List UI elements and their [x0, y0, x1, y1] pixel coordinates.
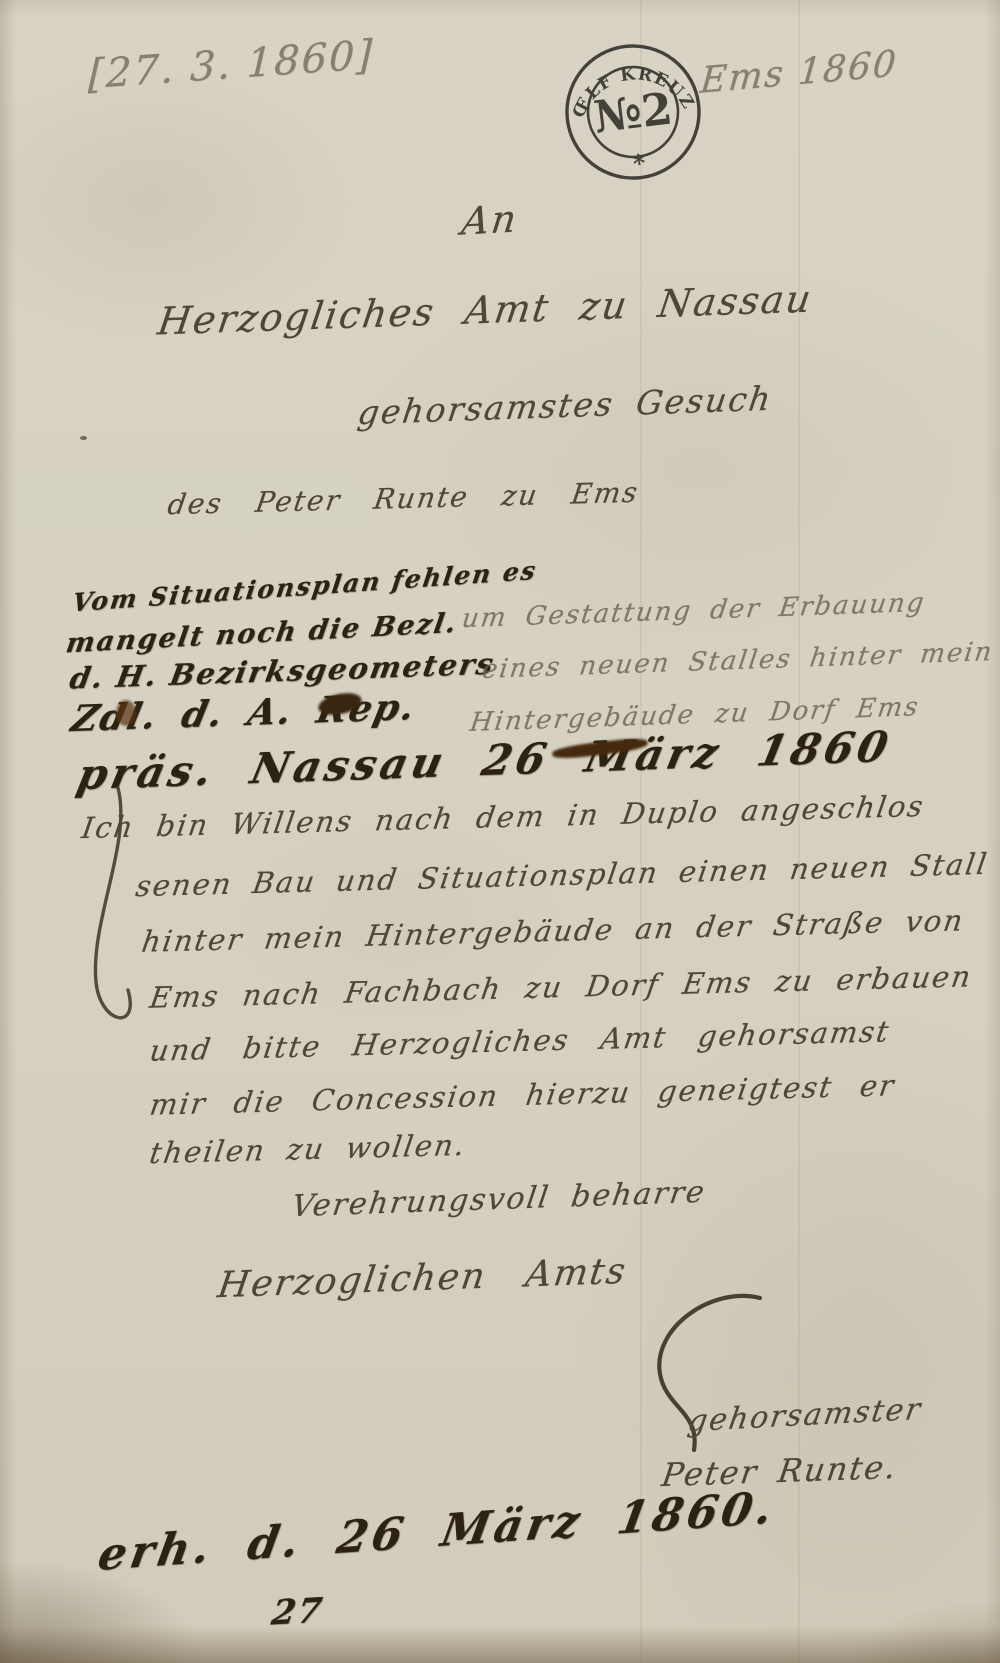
subject-line: um Gestattung der Erbauung — [460, 588, 928, 634]
closing-line: Verehrungsvoll beharre — [290, 1175, 709, 1225]
body-line: senen Bau und Situationsplan einen neuen… — [134, 847, 991, 903]
pencil-mark — [80, 436, 87, 440]
body-line: hinter mein Hintergebäude an der Straße … — [140, 903, 967, 959]
body-line: theilen zu wollen. — [148, 1128, 469, 1170]
body-line: Ich bin Willens nach dem in Duplo angesc… — [80, 789, 927, 845]
receipt-correction: 27 — [269, 1590, 327, 1633]
receipt-note-line: erh. d. 26 März 1860. — [94, 1482, 780, 1581]
twelve-kreuzer-stamp: ZWŒLF KREUZER №2 * — [548, 27, 717, 196]
closing-addressee-line: Herzoglichen Amts — [215, 1251, 630, 1307]
pencil-registry-annotation: Ems 1860 — [699, 43, 900, 102]
addressee-line: Herzogliches Amt zu Nassau — [155, 276, 815, 343]
office-margin-note-line: Zdl. d. A. Rep. — [68, 686, 421, 740]
stamp-number: №2 — [591, 83, 675, 143]
body-line: und bitte Herzogliches Amt gehorsamst — [148, 1014, 893, 1068]
pen-flourish — [612, 1286, 812, 1466]
body-line: Ems nach Fachbach zu Dorf Ems zu erbauen — [148, 959, 975, 1015]
petition-heading-line: gehorsamstes Gesuch — [355, 379, 775, 433]
subject-line: eines neuen Stalles hinter mein — [480, 637, 995, 685]
salutation-line: An — [459, 196, 520, 243]
body-line: mir die Concession hierzu geneigtest er — [148, 1068, 898, 1122]
petitioner-line: des Peter Runte zu Ems — [166, 476, 642, 521]
document-page: [27. 3. 1860] ZWŒLF KREUZER №2 * Ems 186… — [0, 0, 1000, 1663]
pencil-date-annotation: [27. 3. 1860] — [88, 32, 375, 98]
stamp-asterisk-mark: * — [631, 148, 647, 178]
